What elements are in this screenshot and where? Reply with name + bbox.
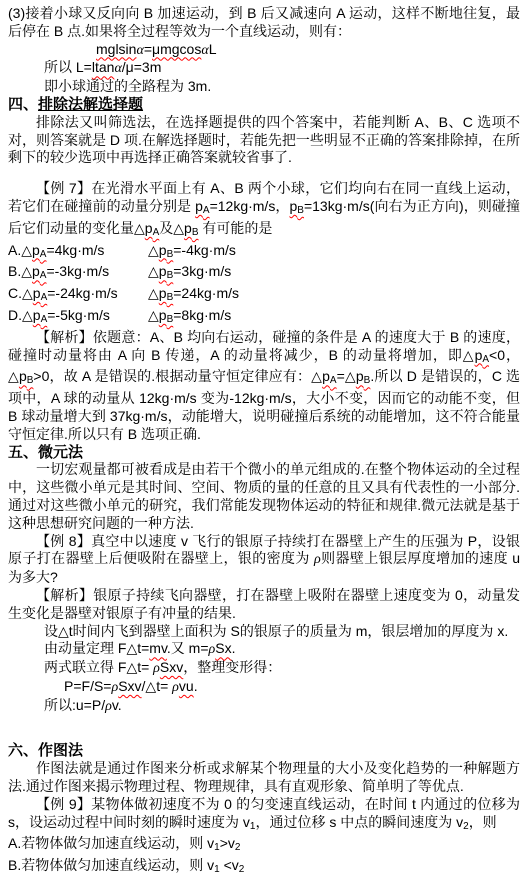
option-col-delta-pB: △pB=3kg·m/s [148,263,231,285]
text-segment: =3kg·m/s [173,263,231,279]
text-segment: 两式联立得 F△t= [44,659,153,675]
text-segment: . [194,678,198,694]
text-segment: 【解析】依题意：A、B 均向右运动，碰撞的条件是 A 的速度大于 B 的速度，碰… [8,329,520,363]
spellcheck-squiggle-text: p [195,198,203,214]
text-segment: α [114,61,121,76]
section6-intro: 作图法就是通过作图来分析或求解某个物理量的大小及变化趋势的一种解题方法.通过作图… [8,760,520,796]
spellcheck-squiggle-text: B [192,227,199,238]
example9-option-b: B.若物体做匀加速直线运动，则 v1 <v2 [8,857,520,879]
text-segment: /μ=3m [122,59,162,75]
text-segment: 一切宏观量都可被看成是由若干个微小的单元组成的.在整个物体运动的全过程中，这些微… [8,461,520,530]
spellcheck-squiggle-text: p [356,368,364,384]
example9-option-a: A.若物体做匀加速直线运动，则 v1>v2 [8,835,520,857]
text-segment: =4kg·m/s [46,242,104,258]
text-segment: =24kg·m/s [173,285,239,301]
text-segment: L [209,41,217,57]
spacer [8,715,520,742]
text-segment: △ [148,307,159,323]
text-segment: △ [148,285,159,301]
text-segment: 所以 L= [44,59,92,75]
text-segment: >v [220,835,235,851]
text-segment: 六、作图法 [8,742,83,759]
document-body: (3)接着小球又反向向 B 加速运动，到 B 后又减速向 A 运动，这样不断地往… [0,0,528,887]
text-segment: 有可能的是 [199,220,273,236]
analysis8-setup: 设△t时间内飞到器壁上面积为 S的银原子的质量为 m，银层增加的厚度为 x. [44,623,520,641]
text-segment: 设△t时间内飞到器壁上面积为 S的银原子的质量为 m，银层增加的厚度为 x. [44,623,508,639]
text-segment: 由动量定理 F△t= [44,640,149,656]
spellcheck-squiggle-text: p [159,307,167,323]
formula-energy: mglsinα=μmgcosαL [96,41,520,60]
option-c-row: C.△pA=-24kg·m/s△pB=24kg·m/s [8,285,520,307]
spellcheck-squiggle-text: A [203,205,210,216]
spellcheck-squiggle-text: p [33,285,41,301]
spellcheck-squiggle-text: mv [149,640,167,656]
conclusion-line: 即小球通过的全路程为 3m. [44,78,520,96]
spellcheck-squiggle-text: B [297,205,304,216]
formula-pressure: P=F/S=ρSxv/△t= ρvu. [64,678,520,697]
text-segment: ρ [153,661,160,676]
option-col-delta-pA: C.△pA=-24kg·m/s [8,285,148,307]
spellcheck-squiggle-text: p [159,285,167,301]
text-segment: 排除法解选择题 [38,96,143,113]
spellcheck-squiggle-text: p [32,263,40,279]
spellcheck-squiggle-text: p [33,307,41,323]
point3-paragraph: (3)接着小球又反向向 B 加速运动，到 B 后又减速向 A 运动，这样不断地往… [8,5,520,41]
spellcheck-squiggle-text: vu [179,678,194,694]
example7-stem: 【例 7】在光滑水平面上有 A、B 两个小球，它们均向右在同一直线上运动，若它们… [8,180,520,241]
text-segment: α [136,43,143,58]
example7-analysis: 【解析】依题意：A、B 均向右运动，碰撞的条件是 A 的速度大于 B 的速度，碰… [8,329,520,444]
text-segment: D.△ [8,307,33,323]
text-segment: α [201,43,208,58]
text-segment: △ [148,263,159,279]
text-segment: △ [148,242,159,258]
section5-intro: 一切宏观量都可被看成是由若干个微小的单元组成的.在整个物体运动的全过程中，这些微… [8,461,520,532]
option-a-row: A.△pA=4kg·m/s△pB=-4kg·m/s [8,242,520,264]
text-segment: ρ [172,680,179,695]
text-segment: >0，故 A 是错误的.根据动量守恒定律应有：△ [33,368,322,384]
text-segment: 所以:u=P/ [44,697,105,713]
section4-intro: 排除法又叫筛选法，在选择题提供的四个答案中，若能判断 A、B、C 选项不对，则答… [8,114,520,167]
text-segment: ρ [105,699,112,714]
option-d-row: D.△pA=-5kg·m/s△pB=8kg·m/s [8,307,520,329]
text-segment: /△t= [142,678,173,694]
text-segment: 2 [239,864,245,875]
spellcheck-squiggle-text: A [330,375,337,386]
text-segment: . [232,640,236,656]
formula-combined: 两式联立得 F△t= ρSxv，整理变形得： [44,659,520,678]
spellcheck-squiggle-text: p [159,263,167,279]
option-col-delta-pB: △pB=24kg·m/s [148,285,239,307]
spellcheck-squiggle-text: μmgcos [152,41,201,57]
heading-section-6: 六、作图法 [8,742,520,760]
text-segment: =-5kg·m/s [47,307,110,323]
text-segment: B.△ [8,263,32,279]
heading-section-5: 五、微元法 [8,444,520,462]
spellcheck-squiggle-text: p [145,220,153,236]
text-segment: =8kg·m/s [173,307,231,323]
text-segment: .又 m= [167,640,209,656]
text-segment: 【解析】银原子持续飞向器壁，打在器壁上吸附在器壁上速度变为 0，动量发生变化是器… [8,587,520,621]
text-segment: ，则 [469,814,497,830]
example9-stem: 【例 9】某物体做初速度不为 0 的匀变速直线运动，在时间 t 内通过的位移为 … [8,796,520,836]
text-segment: =-4kg·m/s [173,242,236,258]
option-col-delta-pA: B.△pA=-3kg·m/s [8,263,148,285]
heading-section-4: 四、排除法解选择题 [8,96,520,114]
spellcheck-squiggle-text: p [19,368,27,384]
text-segment: 2 [235,842,241,853]
spellcheck-squiggle-text: ltan [92,59,115,75]
option-col-delta-pA: D.△pA=-5kg·m/s [8,307,148,329]
spellcheck-squiggle-text: Sxv [118,678,141,694]
formula-momentum: 由动量定理 F△t=mv.又 m=ρSx. [44,640,520,659]
text-segment: <v [220,857,239,873]
text-segment: =-24kg·m/s [47,285,117,301]
spellcheck-squiggle-text: p [322,368,330,384]
text-segment: =-3kg·m/s [46,263,109,279]
text-segment: 作图法就是通过作图来分析或求解某个物理量的大小及变化趋势的一种解题方法.通过作图… [8,760,520,794]
text-segment: =12kg·m/s， [210,198,290,214]
spellcheck-squiggle-text: Sx [215,640,231,656]
spellcheck-squiggle-text: p [159,242,167,258]
example8-stem: 【例 8】真空中以速度 v 飞行的银原子持续打在器壁上产生的压强为 P，设银原子… [8,533,520,587]
text-segment: (3)接着小球又反向向 B 加速运动，到 B 后又减速向 A 运动，这样不断地往… [8,5,520,39]
text-segment: A.△ [8,242,32,258]
text-segment: A.若物体做匀加速直线运动，则 v [8,835,214,851]
spellcheck-squiggle-text: p [184,220,192,236]
example8-analysis: 【解析】银原子持续飞向器壁，打在器壁上吸附在器壁上速度变为 0，动量发生变化是器… [8,587,520,623]
text-segment: C.△ [8,285,33,301]
spellcheck-squiggle-text: Sxv [160,659,183,675]
text-segment: 五、微元法 [8,444,83,461]
formula-result: 所以:u=P/ρv. [44,697,520,716]
option-b-row: B.△pA=-3kg·m/s△pB=3kg·m/s [8,263,520,285]
spacer [8,167,520,180]
text-segment: 四、 [8,96,38,113]
text-segment: P=F/S= [64,678,111,694]
text-segment: 排除法又叫筛选法，在选择题提供的四个答案中，若能判断 A、B、C 选项不对，则答… [8,114,520,166]
text-segment: 及△ [159,220,184,236]
text-segment: B.若物体做匀加速直线运动，则 v [8,857,214,873]
text-segment: v. [112,697,122,713]
option-col-delta-pA: A.△pA=4kg·m/s [8,242,148,264]
text-segment: ρ [314,552,321,567]
formula-length: 所以 L=ltanα/μ=3m [44,59,520,78]
option-col-delta-pB: △pB=8kg·m/s [148,307,231,329]
text-segment: ，通过位移 s 中点的瞬间速度为 v [255,814,463,830]
text-segment: =△ [337,368,356,384]
option-col-delta-pB: △pB=-4kg·m/s [148,242,236,264]
text-segment: = [144,41,152,57]
text-segment: 即小球通过的全路程为 3m. [44,78,211,94]
spellcheck-squiggle-text: p [32,242,40,258]
text-segment: ，整理变形得： [183,659,281,675]
spellcheck-squiggle-text: mglsin [96,41,136,57]
